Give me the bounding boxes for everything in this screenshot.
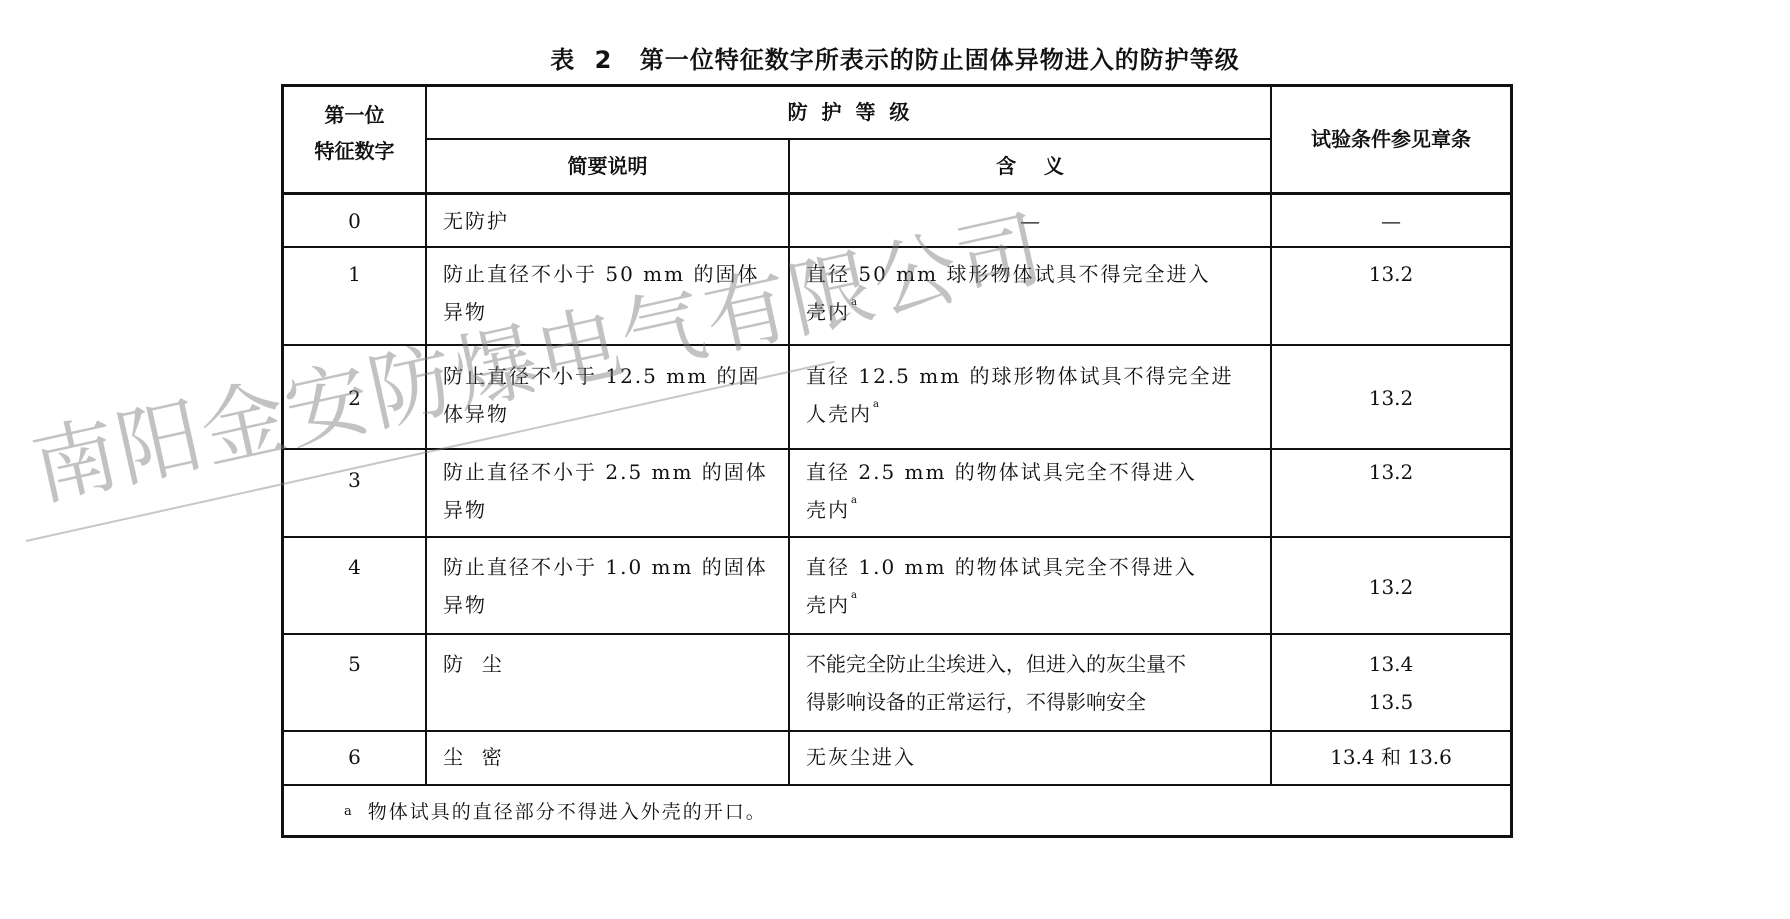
- row-0-digit: 0: [284, 202, 425, 240]
- protection-level-table: 第一位 特征数字 防 护 等 级 简要说明 含 义 试验条件参见章条 0 无防护…: [281, 84, 1513, 838]
- header-protection-level: 防 护 等 级: [427, 93, 1270, 138]
- row-5-meaning-line2: 得影响设备的正常运行，不得影响安全: [806, 683, 1262, 721]
- row-2-meaning: 直径 12.5 mm 的球形物体试具不得完全进 人壳内a: [790, 357, 1270, 433]
- row-3-meaning-line2: 壳内: [806, 498, 850, 522]
- row-line-6: [284, 784, 1510, 786]
- table-caption: 表 2 第一位特征数字所表示的防止固体异物进入的防护等级: [0, 40, 1790, 75]
- table-caption-text: 第一位特征数字所表示的防止固体异物进入的防护等级: [640, 46, 1240, 74]
- row-3-meaning: 直径 2.5 mm 的物体试具完全不得进入 壳内a: [790, 453, 1270, 529]
- row-2-brief: 防止直径不小于 12.5 mm 的固 体异物: [427, 357, 788, 433]
- row-4-brief-line1: 防止直径不小于 1.0 mm 的固体: [443, 548, 780, 586]
- table-footnote: a物体试具的直径部分不得进入外壳的开口。: [344, 793, 1444, 831]
- row-1-footnote-ref: a: [851, 297, 859, 308]
- row-line-2: [284, 448, 1510, 450]
- table-caption-number: 2: [595, 46, 613, 74]
- row-1-digit: 1: [284, 255, 425, 293]
- row-4-test: 13.2: [1272, 568, 1510, 606]
- row-6-meaning: 无灰尘进入: [790, 738, 1270, 776]
- header-first-digit-line1: 第一位: [284, 97, 425, 133]
- row-line-3: [284, 536, 1510, 538]
- row-1-brief: 防止直径不小于 50 mm 的固体 异物: [427, 255, 788, 331]
- row-6-brief: 尘 密: [427, 738, 788, 776]
- row-2-digit: 2: [284, 379, 425, 417]
- row-5-test: 13.4 13.5: [1272, 645, 1510, 721]
- row-2-brief-line2: 体异物: [443, 395, 780, 433]
- row-0-meaning: —: [790, 202, 1270, 240]
- row-4-meaning-line1: 直径 1.0 mm 的物体试具完全不得进入: [806, 548, 1262, 586]
- row-6-digit: 6: [284, 738, 425, 776]
- row-5-test-line2: 13.5: [1272, 683, 1510, 721]
- row-2-meaning-line1: 直径 12.5 mm 的球形物体试具不得完全进: [806, 357, 1262, 395]
- row-6-test: 13.4 和 13.6: [1272, 738, 1510, 776]
- header-brief-description: 简要说明: [427, 147, 788, 192]
- row-1-brief-line2: 异物: [443, 293, 780, 331]
- row-3-footnote-ref: a: [851, 495, 859, 506]
- row-5-digit: 5: [284, 645, 425, 683]
- row-4-brief: 防止直径不小于 1.0 mm 的固体 异物: [427, 548, 788, 624]
- row-4-meaning: 直径 1.0 mm 的物体试具完全不得进入 壳内a: [790, 548, 1270, 624]
- header-first-digit: 第一位 特征数字: [284, 97, 425, 192]
- row-line-5: [284, 730, 1510, 732]
- header-first-digit-line2: 特征数字: [284, 133, 425, 169]
- row-3-brief: 防止直径不小于 2.5 mm 的固体 异物: [427, 453, 788, 529]
- row-5-brief: 防 尘: [427, 645, 788, 683]
- row-5-meaning-line1: 不能完全防止尘埃进入，但进入的灰尘量不: [806, 645, 1262, 683]
- footnote-text: 物体试具的直径部分不得进入外壳的开口。: [368, 801, 767, 823]
- header-test-conditions: 试验条件参见章条: [1272, 120, 1510, 165]
- row-4-footnote-ref: a: [851, 590, 859, 601]
- row-2-test: 13.2: [1272, 379, 1510, 417]
- row-0-brief: 无防护: [427, 202, 788, 240]
- row-0-test: —: [1272, 202, 1510, 240]
- row-3-brief-line2: 异物: [443, 491, 780, 529]
- footnote-marker: a: [344, 804, 354, 819]
- row-2-footnote-ref: a: [873, 399, 881, 410]
- row-line-1: [284, 344, 1510, 346]
- row-2-meaning-line2: 人壳内: [806, 402, 872, 426]
- row-line-4: [284, 633, 1510, 635]
- header-mid-line: [425, 138, 1271, 140]
- row-4-brief-line2: 异物: [443, 586, 780, 624]
- row-2-brief-line1: 防止直径不小于 12.5 mm 的固: [443, 357, 780, 395]
- row-5-test-line1: 13.4: [1272, 645, 1510, 683]
- row-1-meaning-line2: 壳内: [806, 300, 850, 324]
- row-4-digit: 4: [284, 548, 425, 586]
- row-1-test: 13.2: [1272, 255, 1510, 293]
- row-3-brief-line1: 防止直径不小于 2.5 mm 的固体: [443, 453, 780, 491]
- row-3-meaning-line1: 直径 2.5 mm 的物体试具完全不得进入: [806, 453, 1262, 491]
- table-caption-prefix: 表: [550, 46, 575, 74]
- row-1-meaning: 直径 50 mm 球形物体试具不得完全进入 壳内a: [790, 255, 1270, 331]
- row-4-meaning-line2: 壳内: [806, 593, 850, 617]
- row-line-0: [284, 246, 1510, 248]
- row-3-test: 13.2: [1272, 453, 1510, 491]
- row-5-meaning: 不能完全防止尘埃进入，但进入的灰尘量不 得影响设备的正常运行，不得影响安全: [790, 645, 1270, 721]
- row-1-meaning-line1: 直径 50 mm 球形物体试具不得完全进入: [806, 255, 1262, 293]
- row-1-brief-line1: 防止直径不小于 50 mm 的固体: [443, 255, 780, 293]
- header-bottom-line: [284, 192, 1510, 195]
- header-meaning: 含 义: [790, 147, 1270, 192]
